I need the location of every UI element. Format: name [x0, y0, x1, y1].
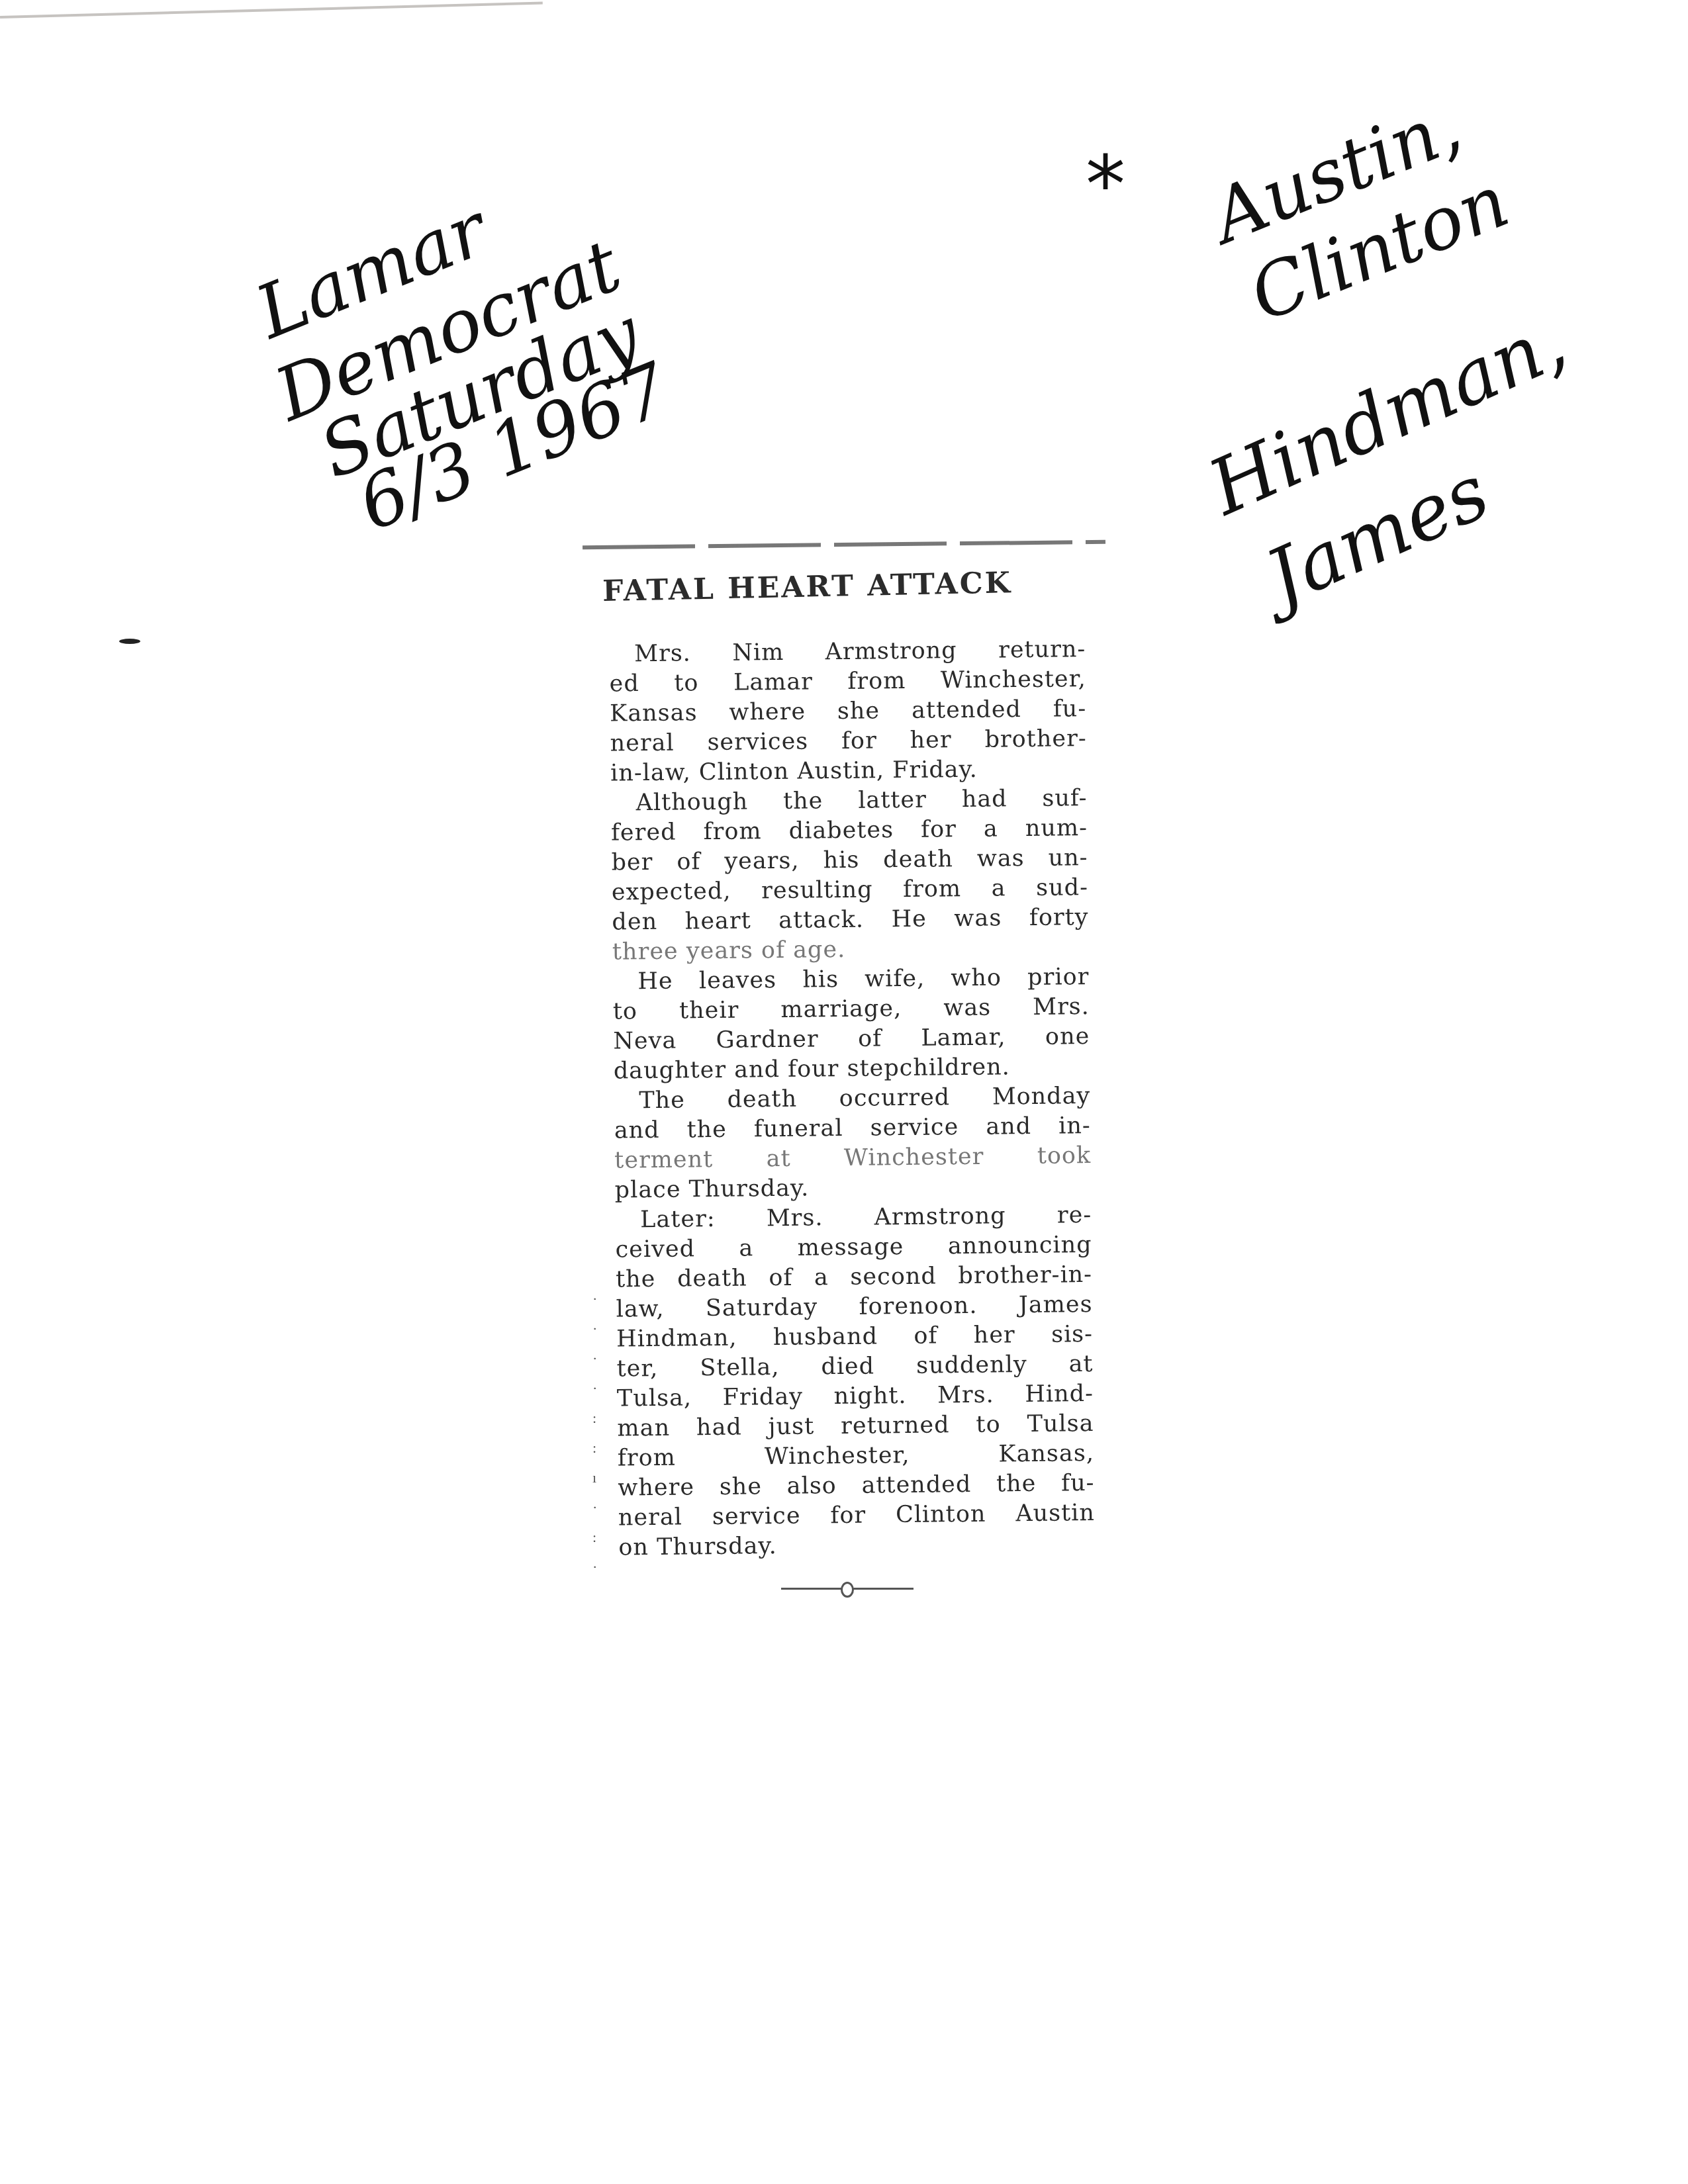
clipping-article-body: Mrs. Nim Armstrong return-ed to Lamar fr… [583, 635, 1096, 1563]
article-line: The death occurred Monday [614, 1081, 1090, 1116]
article-line: den heart attack. He was forty [612, 903, 1088, 938]
article-line: law, Saturday forenoon. James [616, 1290, 1092, 1325]
handwritten-index-name-hindman: Hindman, James [1198, 377, 1577, 556]
scan-edge-line [0, 2, 543, 19]
star-icon: * [1086, 139, 1125, 231]
article-line: ter, Stella, died suddenly at [616, 1349, 1093, 1385]
article-line: Although the latter had suf- [610, 784, 1087, 819]
article-line: in-law, Clinton Austin, Friday. [610, 754, 1087, 789]
clipping-headline: FATAL HEART ATTACK [602, 564, 1113, 608]
margin-dots: ····::ı·:· [592, 1291, 599, 1588]
article-line: terment at Winchester took [614, 1141, 1091, 1176]
article-line: Later: Mrs. Armstrong re- [615, 1201, 1092, 1236]
handwritten-index-name-austin: Austin, Clinton [1205, 126, 1514, 285]
article-line: ceived a message announcing [615, 1230, 1092, 1265]
stray-ink-mark [119, 639, 140, 644]
article-line: neral service for Clinton Austin [618, 1498, 1095, 1533]
article-line: expected, resulting from a sud- [612, 873, 1088, 908]
article-line: where she also attended the fu- [618, 1469, 1094, 1504]
article-line: three years of age. [612, 933, 1089, 968]
article-line: man had just returned to Tulsa [617, 1409, 1094, 1444]
handwritten-source-note: Lamar Democrat Saturday 6/3 1967 [238, 199, 677, 483]
end-mark-icon [841, 1582, 854, 1598]
article-line: Mrs. Nim Armstrong return- [609, 635, 1086, 670]
clipping-top-rule [583, 540, 1105, 549]
article-line: ed to Lamar from Winchester, [609, 664, 1086, 700]
article-line: Tulsa, Friday night. Mrs. Hind- [617, 1379, 1094, 1414]
article-line: on Thursday. [618, 1528, 1095, 1563]
article-line: the death of a second brother-in- [616, 1260, 1092, 1295]
article-line: Kansas where she attended fu- [610, 694, 1086, 729]
article-line: to their marriage, was Mrs. [613, 992, 1090, 1027]
article-line: daughter and four stepchildren. [614, 1052, 1090, 1087]
clipping-end-rule [781, 1582, 914, 1595]
article-line: ber of years, his death was un- [611, 843, 1088, 878]
article-line: Neva Gardner of Lamar, one [613, 1022, 1090, 1057]
article-line: He leaves his wife, who prior [612, 962, 1089, 997]
article-line: neral services for her brother- [610, 724, 1086, 759]
article-line: from Winchester, Kansas, [618, 1439, 1094, 1474]
article-line: fered from diabetes for a num- [611, 813, 1088, 848]
newspaper-clipping: FATAL HEART ATTACK Mrs. Nim Armstrong re… [583, 543, 1112, 1595]
article-line: place Thursday. [614, 1171, 1091, 1206]
article-line: and the funeral service and in- [614, 1111, 1091, 1146]
article-line: Hindman, husband of her sis- [616, 1320, 1093, 1355]
